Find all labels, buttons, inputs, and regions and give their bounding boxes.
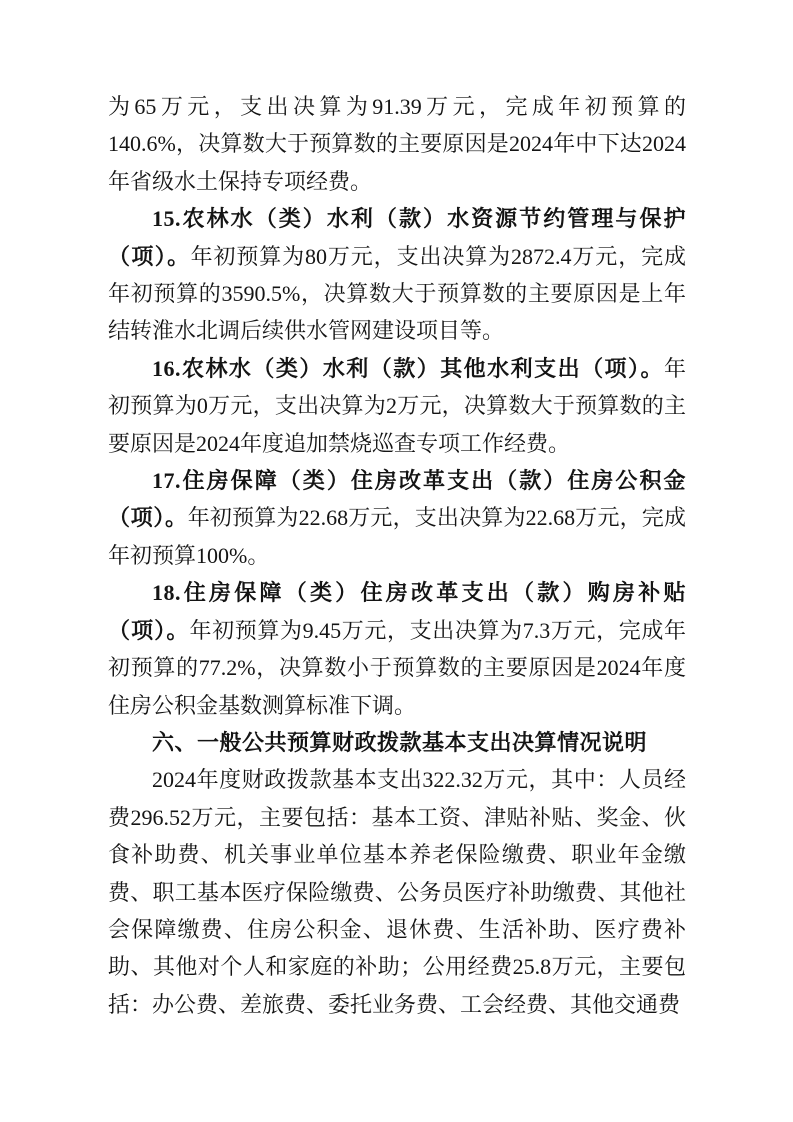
paragraph-text: 年初预算为22.68万元，支出决算为22.68万元，完成年初预算100%。 [108,505,686,567]
paragraph: 16.农林水（类）水利（款）其他水利支出（项）。年初预算为0万元，支出决算为2万… [108,350,686,462]
section-heading: 六、一般公共预算财政拨款基本支出决算情况说明 [108,724,686,761]
paragraph-text: 六、一般公共预算财政拨款基本支出决算情况说明 [152,730,647,755]
item-heading-text: 16.农林水（类）水利（款）其他水利支出（项）。 [152,356,664,381]
paragraph: 2024年度财政拨款基本支出322.32万元，其中：人员经费296.52万元，主… [108,761,686,1023]
document-text-block: 为65万元，支出决算为91.39万元，完成年初预算的140.6%，决算数大于预算… [108,88,686,1023]
paragraph: 17.住房保障（类）住房改革支出（款）住房公积金（项）。年初预算为22.68万元… [108,462,686,574]
paragraph-text: 为65万元，支出决算为91.39万元，完成年初预算的140.6%，决算数大于预算… [108,94,686,194]
paragraph-text: 2024年度财政拨款基本支出322.32万元，其中：人员经费296.52万元，主… [108,767,686,1016]
paragraph-text: 年初预算为80万元，支出决算为2872.4万元，完成年初预算的3590.5%，决… [108,244,686,344]
paragraph: 15.农林水（类）水利（款）水资源节约管理与保护（项）。年初预算为80万元，支出… [108,200,686,350]
paragraph: 18.住房保障（类）住房改革支出（款）购房补贴（项）。年初预算为9.45万元，支… [108,574,686,724]
paragraph-text: 年初预算为9.45万元，支出决算为7.3万元，完成年初预算的77.2%，决算数小… [108,618,686,718]
paragraph: 为65万元，支出决算为91.39万元，完成年初预算的140.6%，决算数大于预算… [108,88,686,200]
document-page: 为65万元，支出决算为91.39万元，完成年初预算的140.6%，决算数大于预算… [0,0,793,1122]
